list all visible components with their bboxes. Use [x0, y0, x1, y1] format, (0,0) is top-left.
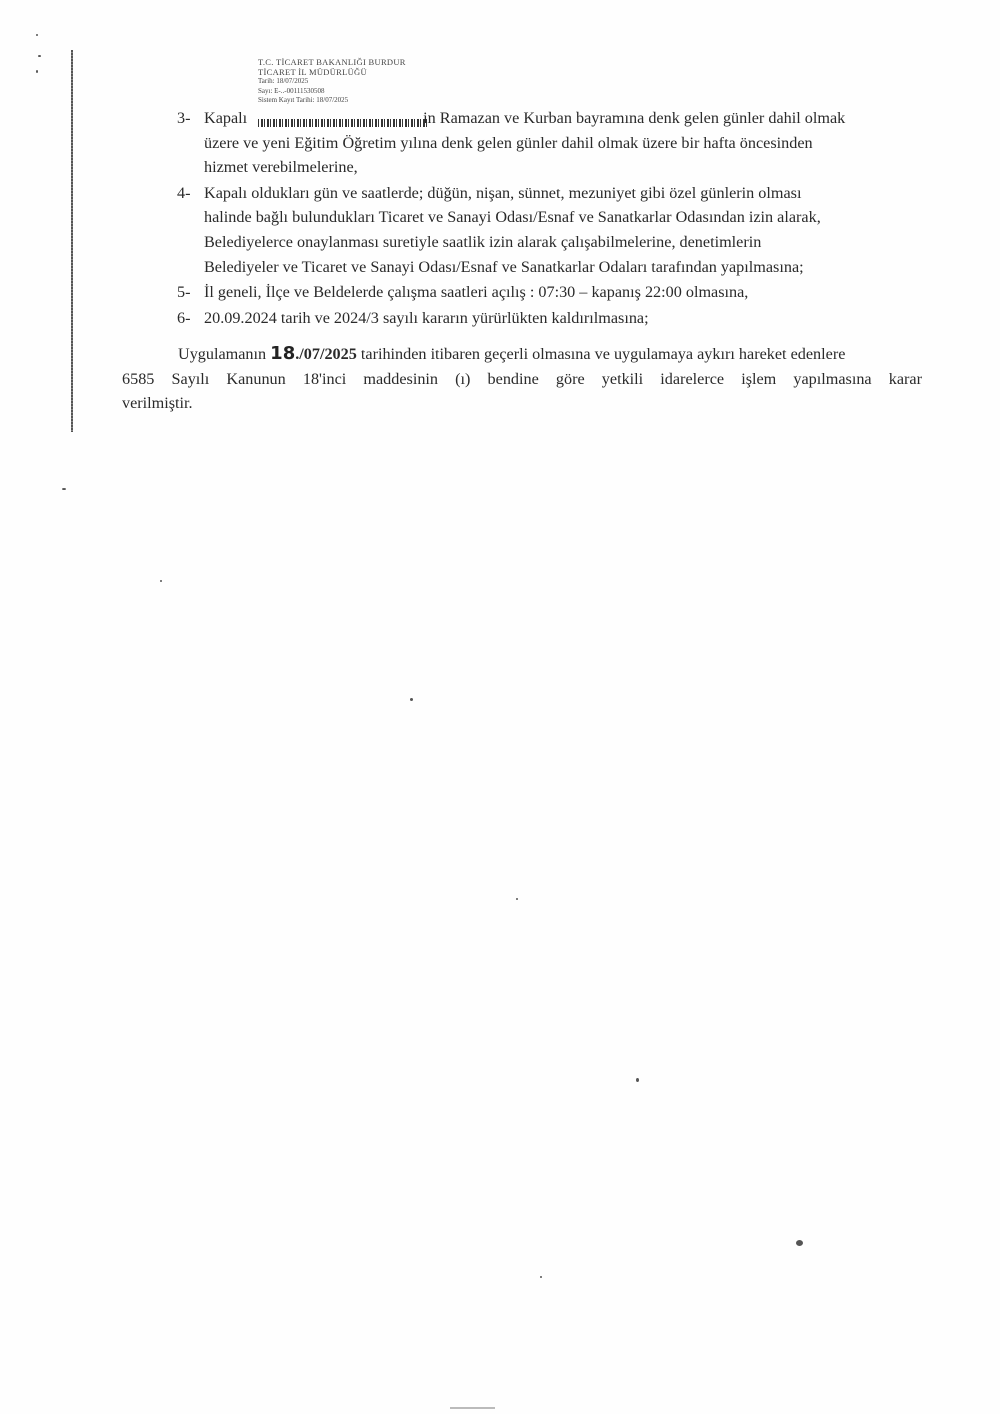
scan-speck — [540, 1276, 542, 1278]
item-number: 3- — [177, 106, 190, 131]
scan-speck — [636, 1078, 639, 1082]
decision-list: 3- Kapalıin Ramazan ve Kurban bayramına … — [177, 106, 937, 331]
closing-paragraph: Uygulamanın 18./07/2025 tarihinden itiba… — [122, 342, 922, 416]
scan-speck — [36, 34, 38, 36]
list-item: 4- Kapalı oldukları gün ve saatlerde; dü… — [177, 181, 937, 279]
scan-speck — [38, 55, 41, 57]
closing-line1: tarihinden itibaren geçerli olmasına ve … — [361, 345, 846, 363]
scan-speck — [160, 580, 162, 582]
list-item: 6- 20.09.2024 tarih ve 2024/3 sayılı kar… — [177, 306, 937, 331]
stamp-number: Sayı: E-..-00111530508 — [258, 87, 406, 97]
scan-speck — [62, 488, 66, 490]
scan-speck — [516, 898, 518, 900]
stamp-system-date: Sistem Kayıt Tarihi: 18/07/2025 — [258, 96, 406, 106]
closing-line2: 6585 Sayılı Kanunun 18'inci maddesinin (… — [122, 367, 922, 392]
item-number: 5- — [177, 280, 190, 305]
item-number: 4- — [177, 181, 190, 206]
item-text: 20.09.2024 tarih ve 2024/3 sayılı kararı… — [204, 306, 937, 331]
item-text: Belediyeler ve Ticaret ve Sanayi Odası/E… — [204, 255, 937, 280]
item-number: 6- — [177, 306, 190, 331]
stamp-org-line2: TİCARET İL MÜDÜRLÜĞÜ — [258, 68, 406, 78]
closing-prefix: Uygulamanın — [178, 345, 266, 363]
item-text: üzere ve yeni Eğitim Öğretim yılına denk… — [204, 131, 937, 156]
item-text: Kapalı — [204, 109, 247, 127]
scan-speck — [410, 698, 413, 701]
binding-margin-line — [71, 50, 73, 432]
list-item: 5- İl geneli, İlçe ve Beldelerde çalışma… — [177, 280, 937, 305]
scan-speck — [36, 70, 38, 73]
item-text: hizmet verebilmelerine, — [204, 155, 937, 180]
registry-stamp: T.C. TİCARET BAKANLIĞI BURDUR TİCARET İL… — [258, 58, 406, 106]
scan-speck — [796, 1240, 803, 1246]
item-text: İl geneli, İlçe ve Beldelerde çalışma sa… — [204, 280, 937, 305]
item-text: Belediyelerce onaylanması suretiyle saat… — [204, 230, 937, 255]
closing-line3: verilmiştir. — [122, 391, 922, 416]
item-text: in Ramazan ve Kurban bayramına denk gele… — [423, 109, 845, 127]
item-text: halinde bağlı bulundukları Ticaret ve Sa… — [204, 205, 937, 230]
list-item: 3- Kapalıin Ramazan ve Kurban bayramına … — [177, 106, 937, 180]
effective-date: ./07/2025 — [295, 345, 357, 363]
scan-smudge — [450, 1407, 495, 1409]
stamp-date: Tarih: 18/07/2025 — [258, 77, 406, 87]
item-text: Kapalı oldukları gün ve saatlerde; düğün… — [204, 181, 937, 206]
handwritten-day: 18 — [270, 343, 295, 364]
